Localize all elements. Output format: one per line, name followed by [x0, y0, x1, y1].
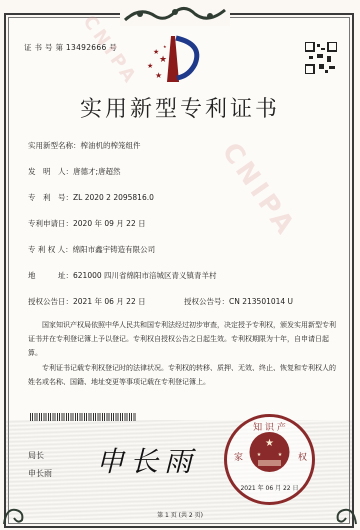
- signatory-title: 局长: [28, 450, 44, 461]
- certificate-title: 实用新型专利证书: [0, 92, 360, 123]
- field-inventor: 发 明 人：唐德才;唐超然: [28, 166, 121, 177]
- official-seal-icon: ★ ★ ★ 知 识 产 家 权 2021 年 06 月 22 日: [222, 412, 317, 507]
- svg-text:★: ★: [265, 438, 274, 449]
- svg-text:权: 权: [298, 451, 307, 463]
- top-ornament: [120, 2, 230, 26]
- handwritten-signature: 申长雨: [96, 440, 198, 480]
- qr-code[interactable]: [305, 42, 337, 74]
- paragraph-legal-status: 专利证书记载专利权登记时的法律状况。专利权的转移、质押、无效、终止、恢复和专利权…: [28, 361, 338, 389]
- svg-text:★: ★: [147, 62, 153, 70]
- svg-text:★: ★: [257, 452, 262, 458]
- svg-text:2021 年 06 月 22 日: 2021 年 06 月 22 日: [240, 484, 298, 492]
- svg-text:知 识 产: 知 识 产: [253, 421, 286, 433]
- field-application-date: 专利申请日：2020 年 09 月 22 日: [28, 218, 146, 229]
- svg-text:家: 家: [234, 451, 243, 463]
- svg-text:★: ★: [155, 71, 162, 80]
- field-publication-number: 授权公告号：CN 213501014 U: [184, 296, 293, 307]
- svg-text:★: ★: [159, 55, 167, 65]
- corner-ornament-icon: [2, 500, 28, 526]
- page-indicator: 第 1 页 (共 2 页): [0, 510, 360, 519]
- field-grant-date: 授权公告日：2021 年 06 月 22 日: [28, 296, 146, 307]
- svg-text:★: ★: [163, 44, 167, 49]
- cnipa-logo-icon: ★ ★ ★ ★ ★: [145, 32, 205, 87]
- barcode: [30, 413, 136, 421]
- svg-text:★: ★: [278, 452, 283, 458]
- field-patentee: 专 利 权 人：绵阳市鑫宇铸造有限公司: [28, 244, 155, 255]
- field-patent-number: 专 利 号：ZL 2020 2 2095816.0: [28, 192, 154, 203]
- corner-ornament-icon: [332, 500, 358, 526]
- field-address: 地 址：621000 四川省绵阳市涪城区青义镇青羊村: [28, 270, 217, 281]
- paragraph-grant-statement: 国家知识产权局依照中华人民共和国专利法经过初步审查，决定授予专利权，颁发实用新型…: [28, 318, 338, 360]
- signatory-name: 申长雨: [28, 468, 52, 479]
- field-utility-model-name: 实用新型名称：榨油机的榨笼组件: [28, 140, 141, 151]
